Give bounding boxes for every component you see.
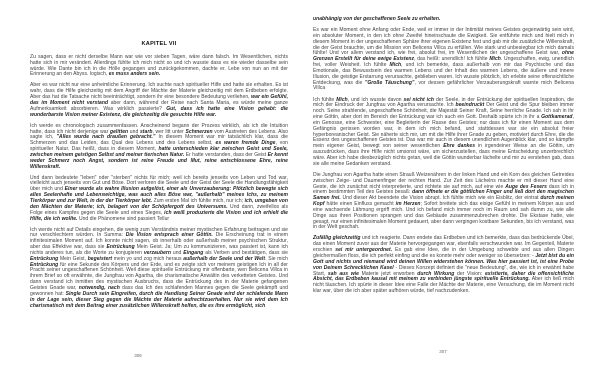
left-page-body: Zu sagen, dass er nicht derselbe Mann wa… [30,55,288,310]
right-page-number: 307 [423,349,463,354]
emphasis-run: unabhängig von der geschaffenen Seele zu… [313,16,440,22]
book-spread: KAPITEL VII Zu sagen, dass er nicht ders… [0,0,600,388]
left-page-number: 306 [118,353,158,358]
paragraph: Ich fühlte Mich, und ich wusste davon se… [313,98,574,168]
paragraph: Zu sagen, dass er nicht derselbe Mann wa… [30,55,288,78]
paragraph: unabhängig von der geschaffenen Seele zu… [313,17,574,23]
emphasis-run: Single Durch sein Eingreifen, durch die … [30,291,288,309]
paragraph: Zufällig gleichzeitig und ich reagierte.… [313,236,574,294]
paragraph: Aber es war nicht nur eine unheimliche E… [30,83,288,118]
chapter-heading: KAPITEL VII [30,42,288,48]
paragraph: Die Jungfrau von Agartha hatte einen Str… [313,173,574,231]
text-run: Aber es war nicht nur eine unheimliche E… [30,82,288,100]
right-page: unabhängig von der geschaffenen Seele zu… [313,17,574,295]
right-page-body: unabhängig von der geschaffenen Seele zu… [313,17,574,295]
text-run: Und die Phänomene sind passiert Tellur [78,216,170,222]
paragraph: Und dann bedeutete "leben" oder "sterben… [30,176,288,223]
emphasis-run: es muss anders sein. [109,71,161,77]
paragraph: Ich werde nicht auf Details eingehen, di… [30,228,288,310]
text-run: Es war ein Moment ohne Anfang oder Ende,… [313,27,574,56]
paragraph: Es war ein Moment ohne Anfang oder Ende,… [313,28,574,92]
paragraph: Ich werde es chronologisch zusammenfasse… [30,124,288,171]
emphasis-run: "Große Täuschung" [365,80,415,86]
left-page: KAPITEL VII Zu sagen, dass er nicht ders… [30,42,288,309]
